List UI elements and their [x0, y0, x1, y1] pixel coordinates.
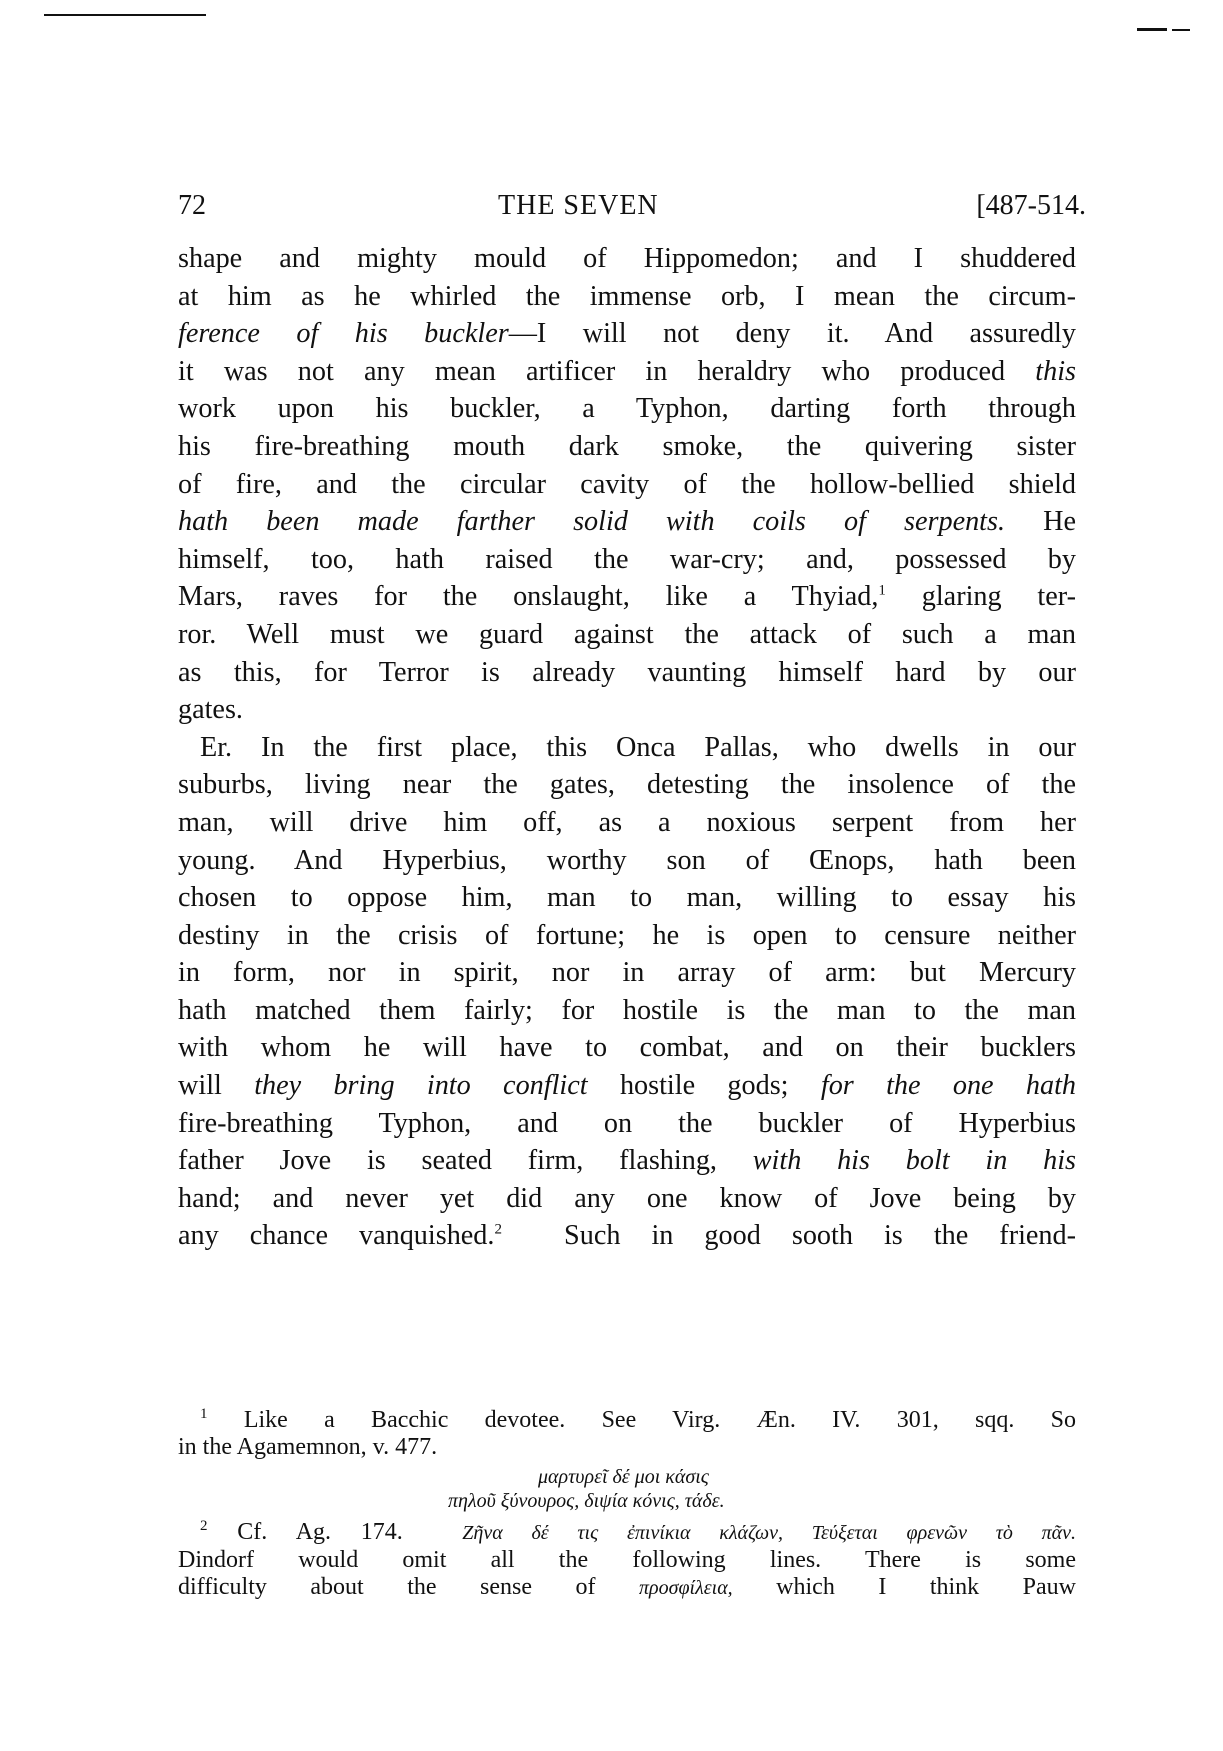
greek-quote: πηλοῦ ξύνουρος, διψία κόνις, τάδε. — [178, 1489, 1076, 1513]
scan-rule-top-left — [44, 14, 206, 16]
text-line: father Jove is seated firm, flashing, wi… — [178, 1142, 1076, 1180]
main-text: shape and mighty mould of Hippomedon; an… — [178, 240, 1076, 1255]
footnote-line: in the Agamemnon, v. 477. — [178, 1434, 1076, 1461]
text-line: his fire-breathing mouth dark smoke, the… — [178, 428, 1076, 466]
text-line: gates. — [178, 691, 1076, 729]
scan-mark-top-right — [1137, 28, 1167, 31]
text-line: it was not any mean artificer in heraldr… — [178, 353, 1076, 391]
text-line: will they bring into conflict hostile go… — [178, 1067, 1076, 1105]
page-number: 72 — [178, 190, 206, 222]
italic-text: with his bolt in his — [753, 1145, 1076, 1176]
greek-word: προσφίλεια, — [639, 1577, 733, 1599]
footnote-ref-1[interactable]: 1 — [878, 583, 886, 599]
footnote-marker: 1 — [200, 1406, 208, 1422]
text-line: shape and mighty mould of Hippomedon; an… — [178, 240, 1076, 278]
text-line: young. And Hyperbius, worthy son of Œnop… — [178, 842, 1076, 880]
greek-quote: Ζῆνα δέ τις ἐπινίκια κλάζων, Τεύξεται φρ… — [462, 1522, 1076, 1544]
text-line: hath been made farther solid with coils … — [178, 503, 1076, 541]
text-line: chosen to oppose him, man to man, willin… — [178, 879, 1076, 917]
running-title: THE SEVEN — [498, 190, 659, 222]
text-line: Er. In the first place, this Onca Pallas… — [178, 729, 1076, 767]
text-line: hand; and never yet did any one know of … — [178, 1180, 1076, 1218]
italic-text: they bring into conflict — [254, 1070, 587, 1101]
footnotes: 1 Like a Bacchic devotee. See Virg. Æn. … — [178, 1407, 1076, 1602]
italic-text: this — [1035, 356, 1076, 387]
footnote-ref-2[interactable]: 2 — [494, 1222, 502, 1238]
text-line: at him as he whirled the immense orb, I … — [178, 278, 1076, 316]
running-header: 72 THE SEVEN [487-514. — [178, 190, 1078, 230]
footnote-1: 1 Like a Bacchic devotee. See Virg. Æn. … — [178, 1407, 1076, 1434]
text-line: destiny in the crisis of fortune; he is … — [178, 917, 1076, 955]
text-line: hath matched them fairly; for hostile is… — [178, 992, 1076, 1030]
text-line: of fire, and the circular cavity of the … — [178, 466, 1076, 504]
text-line: any chance vanquished.2 Such in good soo… — [178, 1217, 1076, 1255]
text-line: with whom he will have to combat, and on… — [178, 1029, 1076, 1067]
footnote-line: difficulty about the sense of προσφίλεια… — [178, 1574, 1076, 1602]
scan-mark-top-right-tail — [1172, 29, 1190, 31]
text-line: work upon his buckler, a Typhon, darting… — [178, 390, 1076, 428]
line-range: [487-514. — [976, 190, 1086, 222]
text-line: himself, too, hath raised the war-cry; a… — [178, 541, 1076, 579]
text-line: as this, for Terror is already vaunting … — [178, 654, 1076, 692]
italic-text: ference of his buckler — [178, 318, 509, 349]
footnote-2: 2 Cf. Ag. 174. Ζῆνα δέ τις ἐπινίκια κλάζ… — [178, 1519, 1076, 1547]
text-line: ference of his buckler—I will not deny i… — [178, 315, 1076, 353]
text-line: Mars, raves for the onslaught, like a Th… — [178, 578, 1076, 616]
italic-text: hath been made farther solid with coils … — [178, 506, 1005, 537]
italic-text: for the one hath — [821, 1070, 1076, 1101]
text-line: suburbs, living near the gates, detestin… — [178, 766, 1076, 804]
text-line: in form, nor in spirit, nor in array of … — [178, 954, 1076, 992]
text-line: man, will drive him off, as a noxious se… — [178, 804, 1076, 842]
footnote-marker: 2 — [200, 1518, 208, 1534]
text-line: fire-breathing Typhon, and on the buckle… — [178, 1105, 1076, 1143]
greek-quote: μαρτυρεῖ δέ μοι κάσις — [178, 1465, 1076, 1489]
text-line: ror. Well must we guard against the atta… — [178, 616, 1076, 654]
footnote-line: Dindorf would omit all the following lin… — [178, 1547, 1076, 1574]
